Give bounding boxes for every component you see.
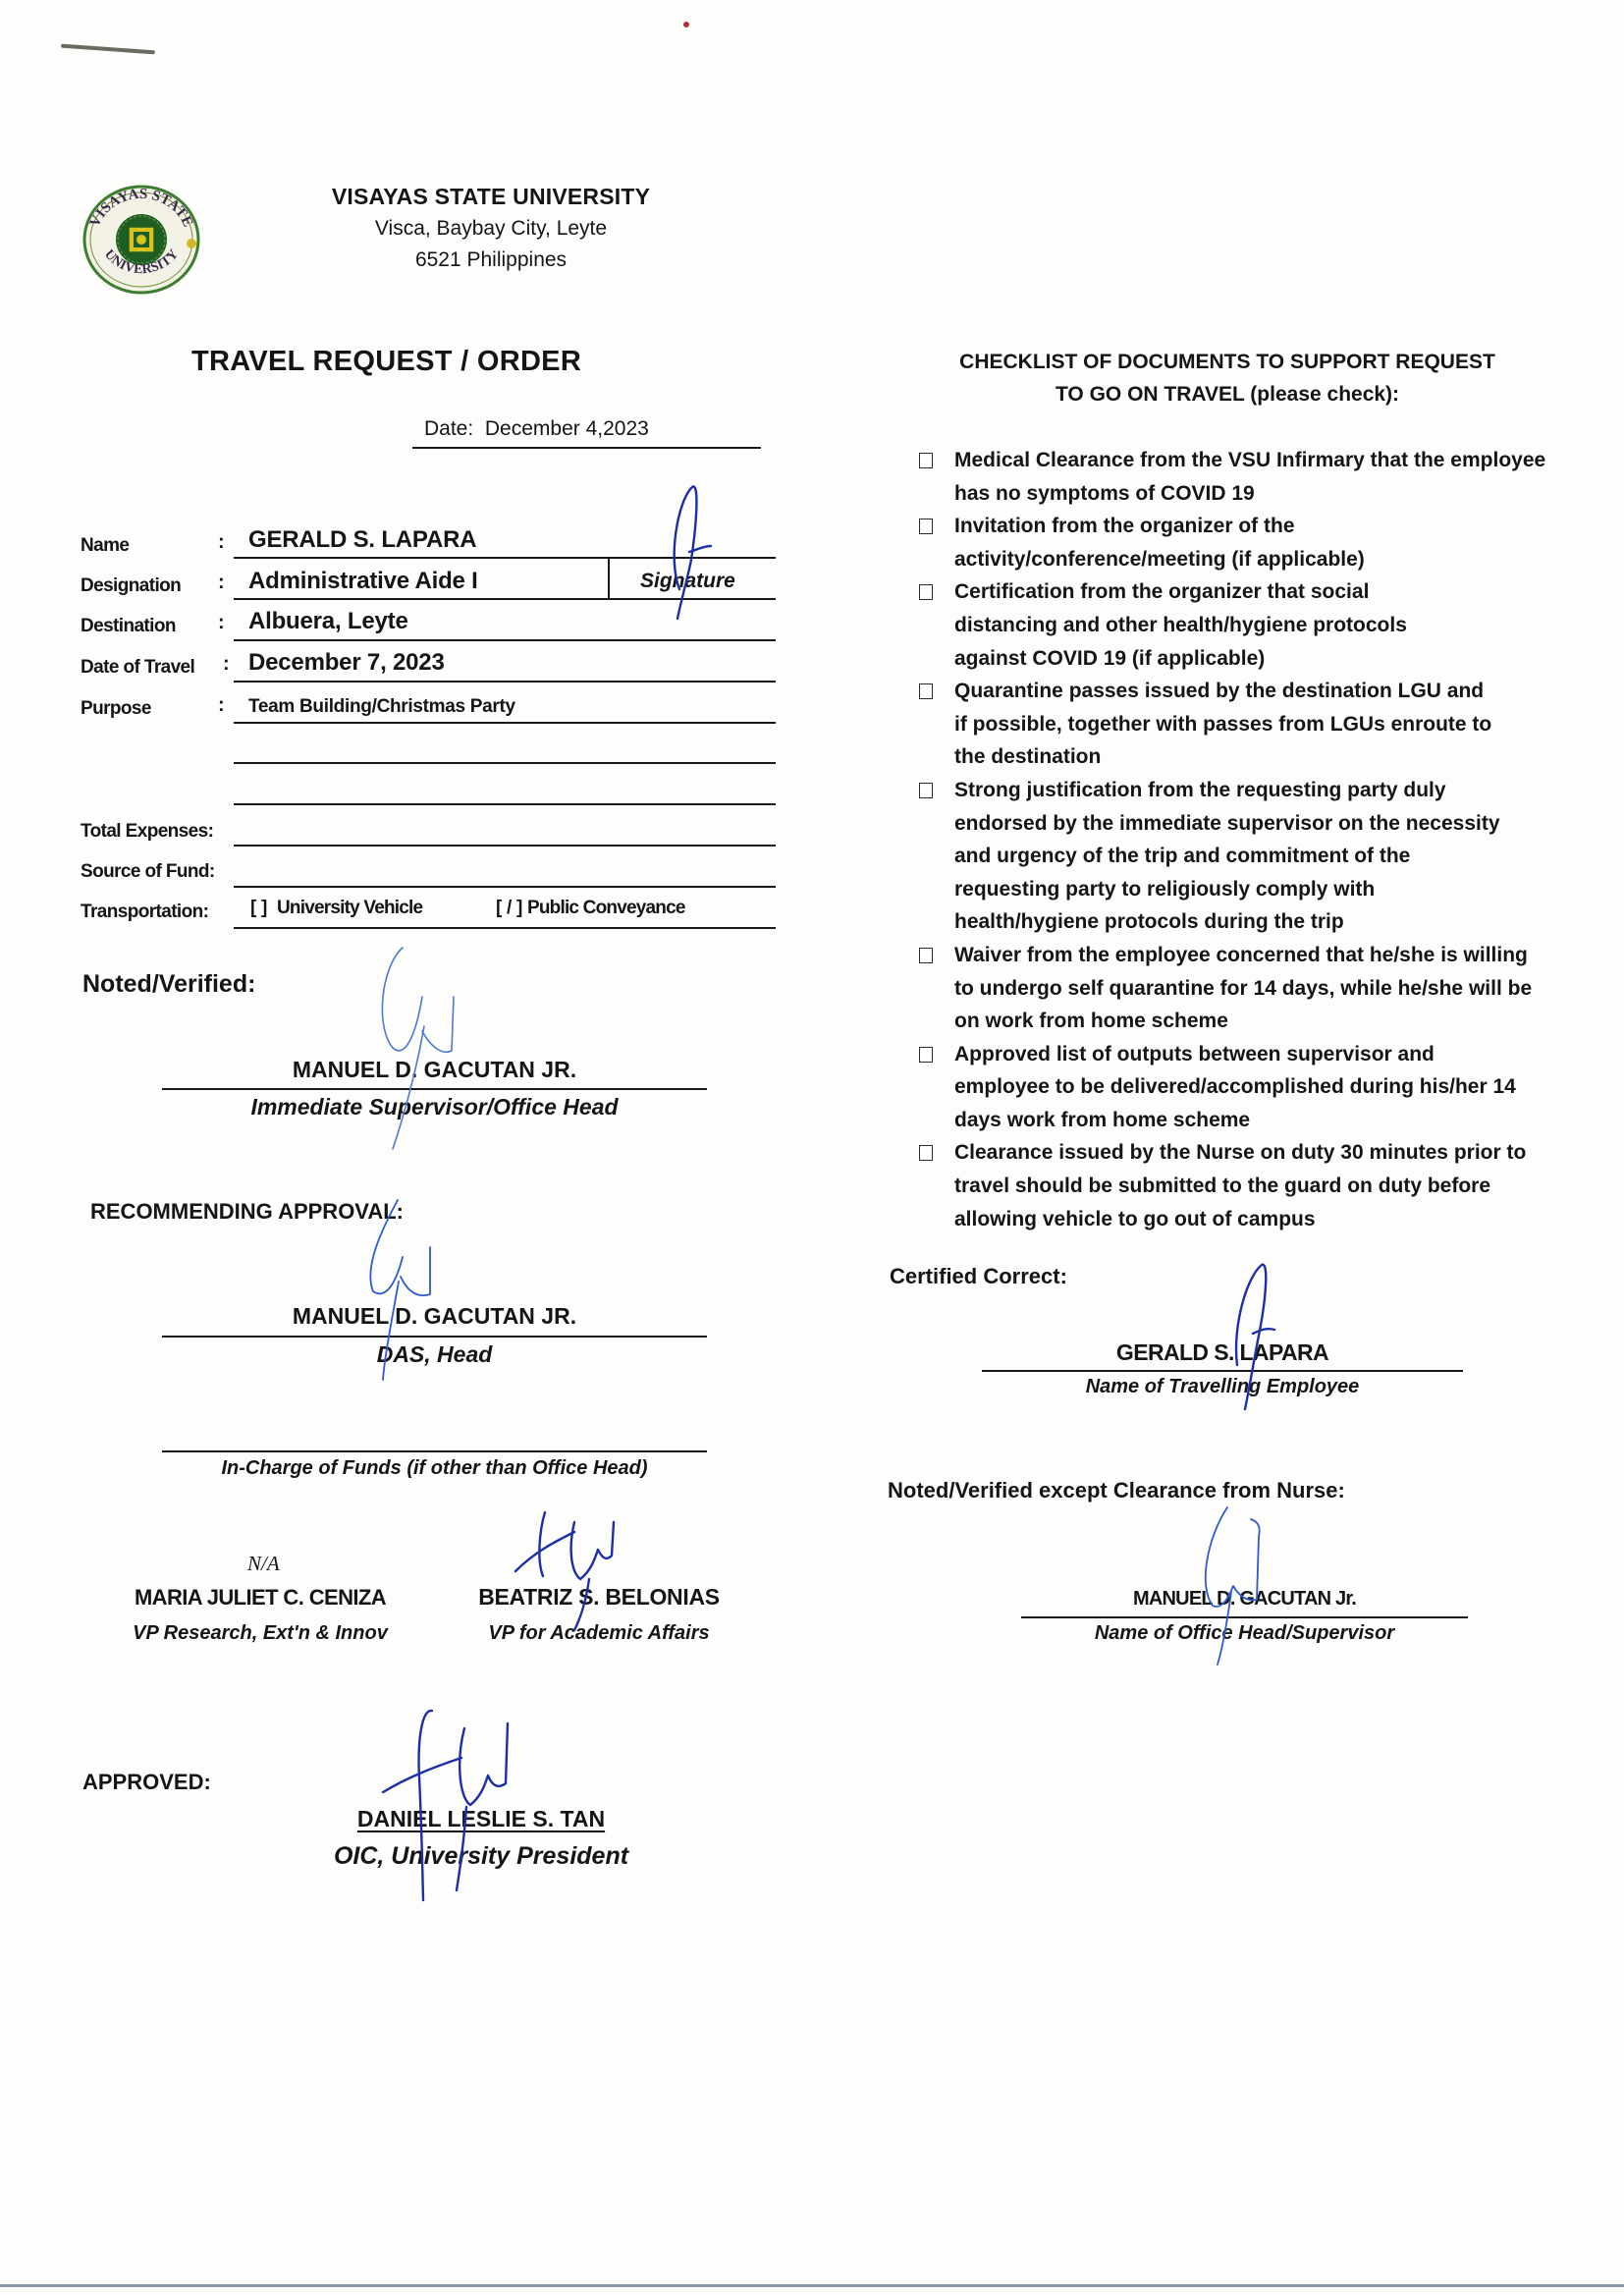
public-conveyance-label: Public Conveyance — [527, 898, 685, 918]
transportation-label: Transportation: — [81, 902, 208, 923]
vp-research-name: MARIA JULIET C. CENIZA — [98, 1585, 422, 1611]
name-underline — [234, 557, 776, 559]
vp-research-na-annotation: N/A — [247, 1552, 277, 1576]
destination-underline — [234, 639, 776, 641]
vp-academic-title: VP for Academic Affairs — [447, 1622, 751, 1645]
transport-option-public-conveyance[interactable]: [ / ] Public Conveyance — [496, 898, 685, 919]
checklist-title-line2: TO GO ON TRAVEL (please check): — [913, 378, 1542, 410]
in-charge-of-funds-signature-line — [162, 1450, 707, 1452]
purpose-label: Purpose — [81, 698, 151, 720]
certified-correct-signature-line — [982, 1370, 1463, 1372]
date-of-travel-label: Date of Travel — [81, 657, 194, 679]
date-of-travel-colon: : — [223, 653, 230, 676]
university-vehicle-checkbox[interactable]: [ ] — [250, 898, 267, 918]
date-of-travel-value[interactable]: December 7, 2023 — [248, 649, 445, 677]
purpose-underline-3 — [234, 803, 776, 805]
approved-title: OIC, University President — [304, 1842, 658, 1871]
checklist-item-text: Waiver from the employee concerned that … — [954, 939, 1547, 1038]
checklist-item-approved-outputs: Approved list of outputs between supervi… — [919, 1038, 1547, 1137]
page-bottom-edge — [0, 2284, 1624, 2287]
date-underline — [412, 447, 761, 449]
checkbox-waiver[interactable] — [919, 948, 933, 963]
date-label: Date: — [424, 417, 473, 440]
checklist-item-text: Quarantine passes issued by the destinat… — [954, 675, 1547, 774]
seal-icon: VISAYAS STATE UNIVERSITY — [81, 185, 206, 295]
date-field: Date: December 4,2023 — [424, 417, 649, 441]
checklist-item-text: Certification from the organizer that so… — [954, 575, 1547, 675]
checklist-item-certification: Certification from the organizer that so… — [919, 575, 1547, 675]
checkbox-quarantine-passes[interactable] — [919, 683, 933, 699]
destination-value[interactable]: Albuera, Leyte — [248, 608, 408, 635]
university-address-line2: 6521 Philippines — [255, 248, 727, 272]
name-label: Name — [81, 535, 129, 557]
checklist-item-strong-justification: Strong justification from the requesting… — [919, 774, 1547, 939]
designation-underline — [234, 598, 776, 600]
name-value[interactable]: GERALD S. LAPARA — [248, 526, 476, 554]
checklist-item-text: Medical Clearance from the VSU Infirmary… — [954, 444, 1547, 510]
noted-verified-signature-line — [162, 1088, 707, 1090]
checklist-item-medical-clearance: Medical Clearance from the VSU Infirmary… — [919, 444, 1547, 510]
checklist-item-text: Invitation from the organizer of the act… — [954, 510, 1547, 575]
recommending-approval-signature-line — [162, 1336, 707, 1338]
vp-academic-signature-mark — [496, 1503, 673, 1640]
university-seal: VISAYAS STATE UNIVERSITY — [81, 185, 206, 295]
checklist-item-text: Strong justification from the requesting… — [954, 774, 1547, 939]
checklist-item-invitation: Invitation from the organizer of the act… — [919, 510, 1547, 575]
designation-value[interactable]: Administrative Aide I — [248, 568, 478, 595]
vp-research-title: VP Research, Ext'n & Innov — [98, 1622, 422, 1645]
approved-heading: APPROVED: — [82, 1770, 211, 1795]
recommending-approval-heading: RECOMMENDING APPROVAL: — [90, 1199, 404, 1225]
total-expenses-underline — [234, 845, 776, 847]
transport-option-university-vehicle[interactable]: [ ] University Vehicle — [250, 898, 422, 919]
total-expenses-label: Total Expenses: — [81, 821, 213, 843]
checkbox-strong-justification[interactable] — [919, 783, 933, 798]
university-vehicle-label: University Vehicle — [277, 898, 422, 918]
designation-colon: : — [218, 572, 225, 594]
checkbox-certification[interactable] — [919, 584, 933, 600]
in-charge-of-funds-title: In-Charge of Funds (if other than Office… — [162, 1457, 707, 1480]
certified-correct-heading: Certified Correct: — [890, 1264, 1067, 1289]
noted-verified-heading: Noted/Verified: — [82, 970, 255, 999]
checkbox-medical-clearance[interactable] — [919, 453, 933, 468]
noted-except-nurse-heading: Noted/Verified except Clearance from Nur… — [888, 1478, 1345, 1503]
source-of-fund-label: Source of Fund: — [81, 861, 215, 883]
supervisor-signature-mark — [363, 938, 481, 1154]
checklist-title: CHECKLIST OF DOCUMENTS TO SUPPORT REQUES… — [913, 346, 1542, 410]
signature-divider — [608, 558, 610, 599]
purpose-value[interactable]: Team Building/Christmas Party — [248, 696, 515, 718]
transportation-underline — [234, 927, 776, 929]
checklist-item-text: Approved list of outputs between supervi… — [954, 1038, 1547, 1137]
signature-label: Signature — [640, 570, 735, 593]
certified-correct-name: GERALD S. LAPARA — [982, 1339, 1463, 1366]
checklist-item-quarantine-passes: Quarantine passes issued by the destinat… — [919, 675, 1547, 774]
checkbox-approved-outputs[interactable] — [919, 1047, 933, 1063]
checkbox-nurse-clearance[interactable] — [919, 1145, 933, 1161]
recommending-approval-title: DAS, Head — [162, 1341, 707, 1368]
noted-except-nurse-signature-line — [1021, 1616, 1468, 1618]
designation-label: Designation — [81, 575, 181, 597]
date-value[interactable]: December 4,2023 — [485, 417, 649, 440]
scan-speck — [683, 22, 689, 27]
source-of-fund-underline — [234, 886, 776, 888]
purpose-colon: : — [218, 694, 225, 717]
checklist-item-nurse-clearance: Clearance issued by the Nurse on duty 30… — [919, 1136, 1547, 1235]
date-of-travel-underline — [234, 681, 776, 683]
noted-verified-title: Immediate Supervisor/Office Head — [162, 1094, 707, 1120]
recommending-approval-name: MANUEL D. GACUTAN JR. — [162, 1303, 707, 1330]
destination-label: Destination — [81, 616, 176, 637]
public-conveyance-checkbox[interactable]: [ / ] — [496, 898, 522, 918]
staple-mark — [61, 44, 155, 55]
noted-except-nurse-title: Name of Office Head/Supervisor — [1021, 1622, 1468, 1645]
form-title: TRAVEL REQUEST / ORDER — [191, 346, 581, 378]
purpose-underline-1 — [234, 722, 776, 724]
vp-academic-name: BEATRIZ S. BELONIAS — [447, 1584, 751, 1611]
noted-verified-name: MANUEL D. GACUTAN JR. — [162, 1057, 707, 1083]
name-colon: : — [218, 531, 225, 554]
purpose-underline-2 — [234, 762, 776, 764]
checklist: Medical Clearance from the VSU Infirmary… — [919, 444, 1547, 1235]
university-name: VISAYAS STATE UNIVERSITY — [255, 184, 727, 210]
checklist-item-text: Clearance issued by the Nurse on duty 30… — [954, 1136, 1547, 1235]
president-signature-mark — [378, 1699, 565, 1905]
noted-except-nurse-name: MANUEL D. GACUTAN Jr. — [1021, 1588, 1468, 1611]
checklist-title-line1: CHECKLIST OF DOCUMENTS TO SUPPORT REQUES… — [913, 346, 1542, 378]
approved-name: DANIEL LESLIE S. TAN — [324, 1806, 638, 1832]
certified-correct-title: Name of Travelling Employee — [982, 1376, 1463, 1398]
employee-signature-mark — [648, 481, 727, 628]
destination-colon: : — [218, 612, 225, 634]
checkbox-invitation[interactable] — [919, 519, 933, 534]
checklist-item-waiver: Waiver from the employee concerned that … — [919, 939, 1547, 1038]
university-address-line1: Visca, Baybay City, Leyte — [255, 217, 727, 241]
